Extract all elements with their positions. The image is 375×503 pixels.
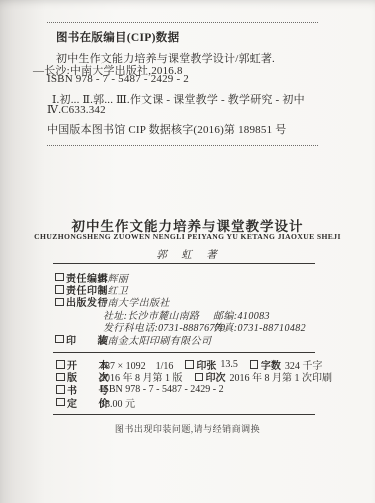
checkbox-icon [55, 298, 64, 307]
imprint-top-rule [53, 263, 315, 264]
cip-record-line: 中国版本图书馆 CIP 数据核字(2016)第 189851 号 [47, 121, 286, 137]
imprint-row-printer: 印 装 湖南金太阳印刷有限公司 [55, 333, 318, 345]
checkbox-icon [56, 398, 65, 407]
checkbox-icon [55, 335, 64, 344]
cip-heading: 图书在版编目(CIP)数据 [56, 29, 179, 45]
imprint-value: 湖南金太阳印刷有限公司 [97, 332, 211, 347]
price-value: 38.00 元 [100, 395, 135, 410]
checkbox-icon [55, 285, 64, 294]
publisher-fax: 传真:0731-88710482 [213, 319, 306, 334]
cip-isbn-line: ISBN 978 - 7 - 5487 - 2429 - 2 [47, 73, 189, 85]
imprint-label: 印 装 [55, 332, 97, 347]
bottom-dotted-divider [47, 145, 318, 146]
book-title-pinyin: CHUZHONGSHENG ZUOWEN NENGLI PEIYANG YU K… [0, 232, 375, 241]
footer-note: 图书出现印装问题,请与经销商调换 [0, 422, 375, 435]
top-dotted-divider [47, 22, 318, 23]
checkbox-icon [56, 360, 65, 369]
cip-classification-line-2: Ⅳ.C633.342 [47, 103, 106, 116]
colophon-row-price: 定 价 38.00 元 [56, 396, 318, 409]
imprint-label: 出版发行 [55, 294, 97, 309]
checkbox-icon [55, 273, 64, 282]
isbn-value: ISBN 978 - 7 - 5487 - 2429 - 2 [100, 384, 224, 395]
checkbox-icon [56, 385, 65, 394]
edition-value: 2016 年 8 月第 1 版 [100, 369, 183, 384]
colophon-top-rule [53, 352, 315, 353]
colophon-label: 定 价 [56, 395, 100, 410]
checkbox-icon [185, 360, 194, 369]
footer-rule [53, 414, 315, 415]
impression-label: 印次 [195, 369, 226, 384]
colophon-table: 开 本 787 × 1092 1/16 印张 13.5 字数 324 千字 版 … [56, 358, 318, 408]
impression-value: 2016 年 8 月第 1 次印刷 [230, 369, 333, 384]
imprint-table: 责任编辑 彭辉丽 责任印制 易红卫 出版发行 中南大学出版社 社址:长沙市麓山南… [55, 271, 318, 345]
checkbox-icon [250, 360, 259, 369]
book-author: 郭 虹 著 [0, 247, 375, 262]
copyright-page: 图书在版编目(CIP)数据 初中生作文能力培养与课堂教学设计/郭虹著. —长沙:… [0, 0, 375, 503]
checkbox-icon [195, 373, 204, 382]
checkbox-icon [56, 373, 65, 382]
sheets-value: 13.5 [220, 359, 238, 370]
